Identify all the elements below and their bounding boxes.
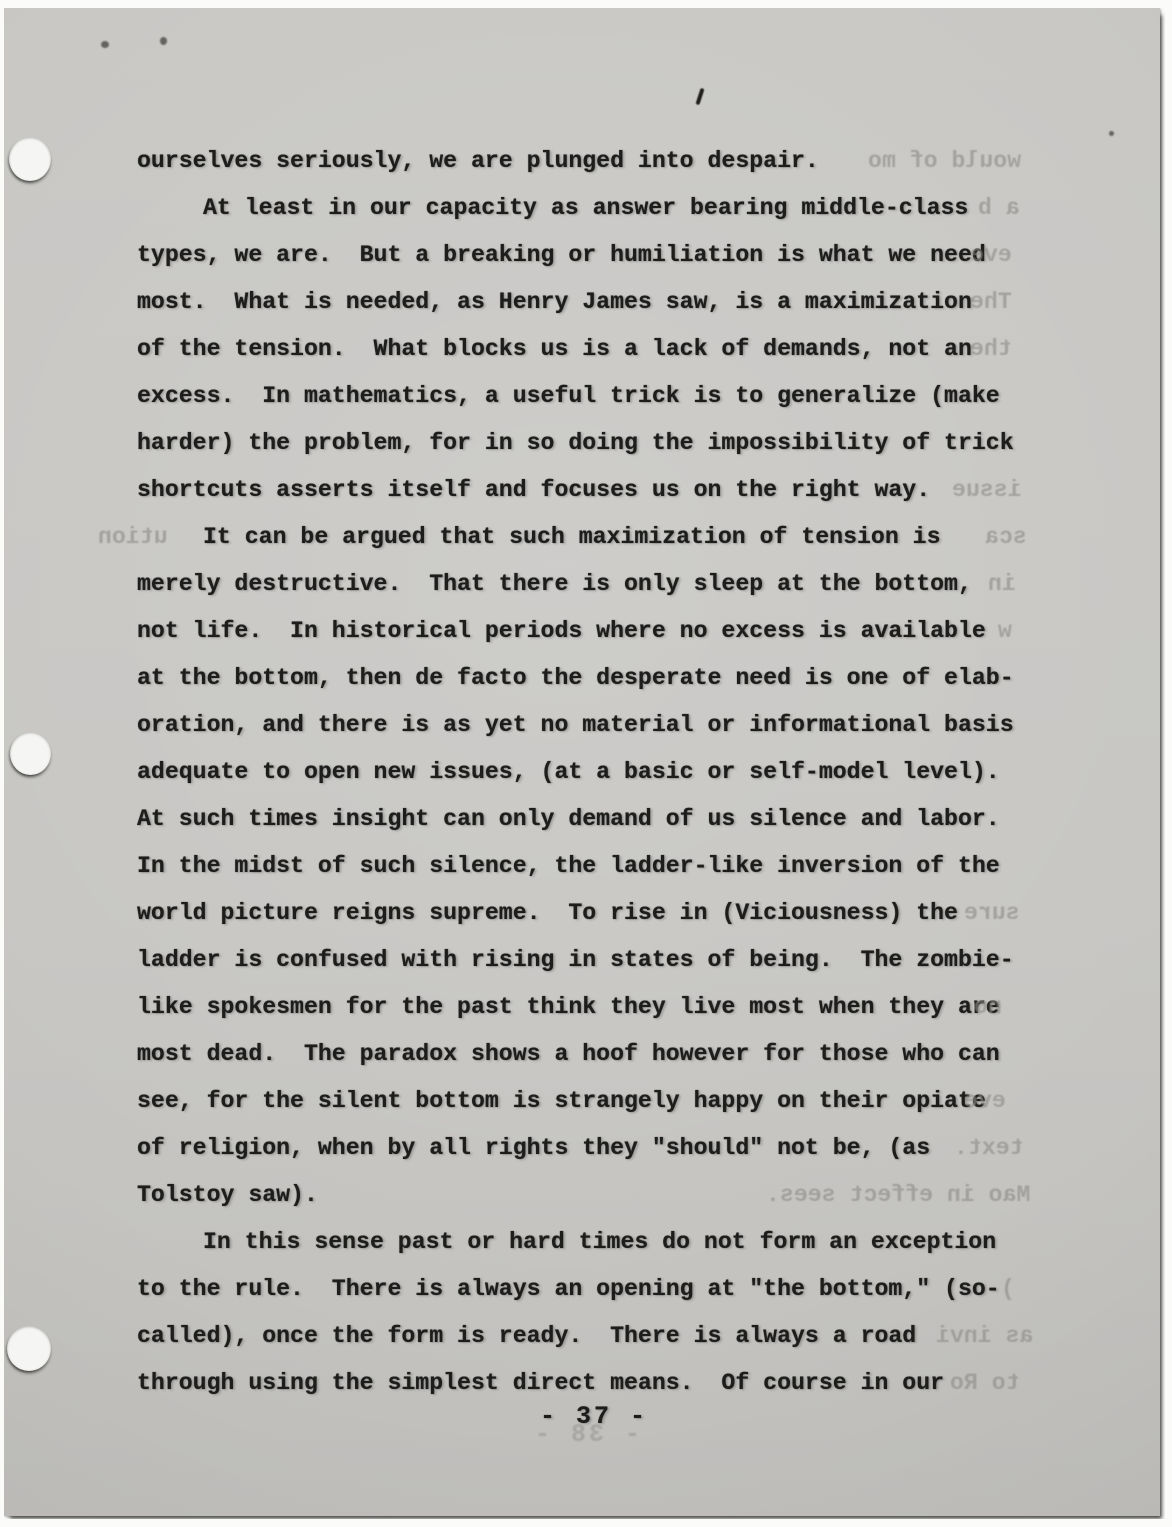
typed-line: In this sense past or hard times do not … [137,1219,1037,1266]
typed-line: ladder is confused with rising in states… [137,937,1037,984]
ghost-text: issue [952,467,1022,514]
typed-line: through using the simplest direct means.… [137,1360,1037,1407]
ghost-text: the [970,326,1012,373]
typed-line: of religion, when by all rights they "sh… [137,1125,1037,1172]
ghost-text: would of mo [868,138,1021,185]
ghost-text: a b [978,185,1020,232]
typed-line: shortcuts asserts itself and focuses us … [137,467,1037,514]
typed-line: At such times insight can only demand of… [137,796,1037,843]
ghost-text: ) [1001,1266,1015,1313]
typed-line: of the tension. What blocks us is a lack… [137,326,1037,373]
page-number-ghost: - 38 - [532,1420,640,1449]
typed-line: see, for the silent bottom is strangely … [137,1078,1037,1125]
scanner-edge-right [1165,0,1172,1527]
pen-tick-mark [695,88,704,105]
typed-line: like spokesmen for the past think they l… [137,984,1037,1031]
ink-speck [1109,131,1114,136]
typed-line: called), once the form is ready. There i… [137,1313,1037,1360]
punch-hole-top [9,137,51,181]
typed-line: not life. In historical periods where no… [137,608,1037,655]
ghost-text: w [998,608,1012,655]
ghost-text: The [970,279,1012,326]
typed-line: most. What is needed, as Henry James saw… [137,279,1037,326]
typed-line: oration, and there is as yet no material… [137,702,1037,749]
scanner-edge-top [0,0,1172,8]
punch-hole-bottom [7,1326,51,1371]
typed-line: at the bottom, then de facto the despera… [137,655,1037,702]
ghost-text: as invi [936,1313,1033,1360]
typed-line: adequate to open new issues, (at a basic… [137,749,1037,796]
typed-line: world picture reigns supreme. To rise in… [137,890,1037,937]
typed-line: In the midst of such silence, the ladder… [137,843,1037,890]
typed-line: types, we are. But a breaking or humilia… [137,232,1037,279]
typed-line: most dead. The paradox shows a hoof howe… [137,1031,1037,1078]
typed-line: to the rule. There is always an opening … [137,1266,1037,1313]
ink-speck [160,37,167,45]
scanner-edge-left [0,0,4,1527]
typed-line: merely destructive. That there is only s… [137,561,1037,608]
ink-speck [101,41,109,48]
ghost-text: to Ro [950,1360,1020,1407]
scanner-edge-bottom [0,1519,1172,1527]
typed-line: harder) the problem, for in so doing the… [137,420,1037,467]
ghost-text: sure [964,890,1020,937]
paper-sheet: ourselves seriously, we are plunged into… [4,8,1160,1516]
scanned-typescript-page: ourselves seriously, we are plunged into… [0,0,1172,1527]
ghost-text: text. [954,1125,1024,1172]
ghost-text: Mao in effect sees. [766,1172,1030,1219]
typed-line: At least in our capacity as answer beari… [137,185,1037,232]
ghost-text: in [988,561,1016,608]
ghost-text: ution [98,514,168,561]
ghost-text: eve [970,232,1012,279]
typed-line: It can be argued that such maximization … [137,514,1037,561]
ghost-text: sca [985,514,1027,561]
ghost-text: eve [964,1078,1006,1125]
punch-hole-middle [10,732,51,775]
ghost-text: no [974,984,1002,1031]
typed-line: excess. In mathematics, a useful trick i… [137,373,1037,420]
